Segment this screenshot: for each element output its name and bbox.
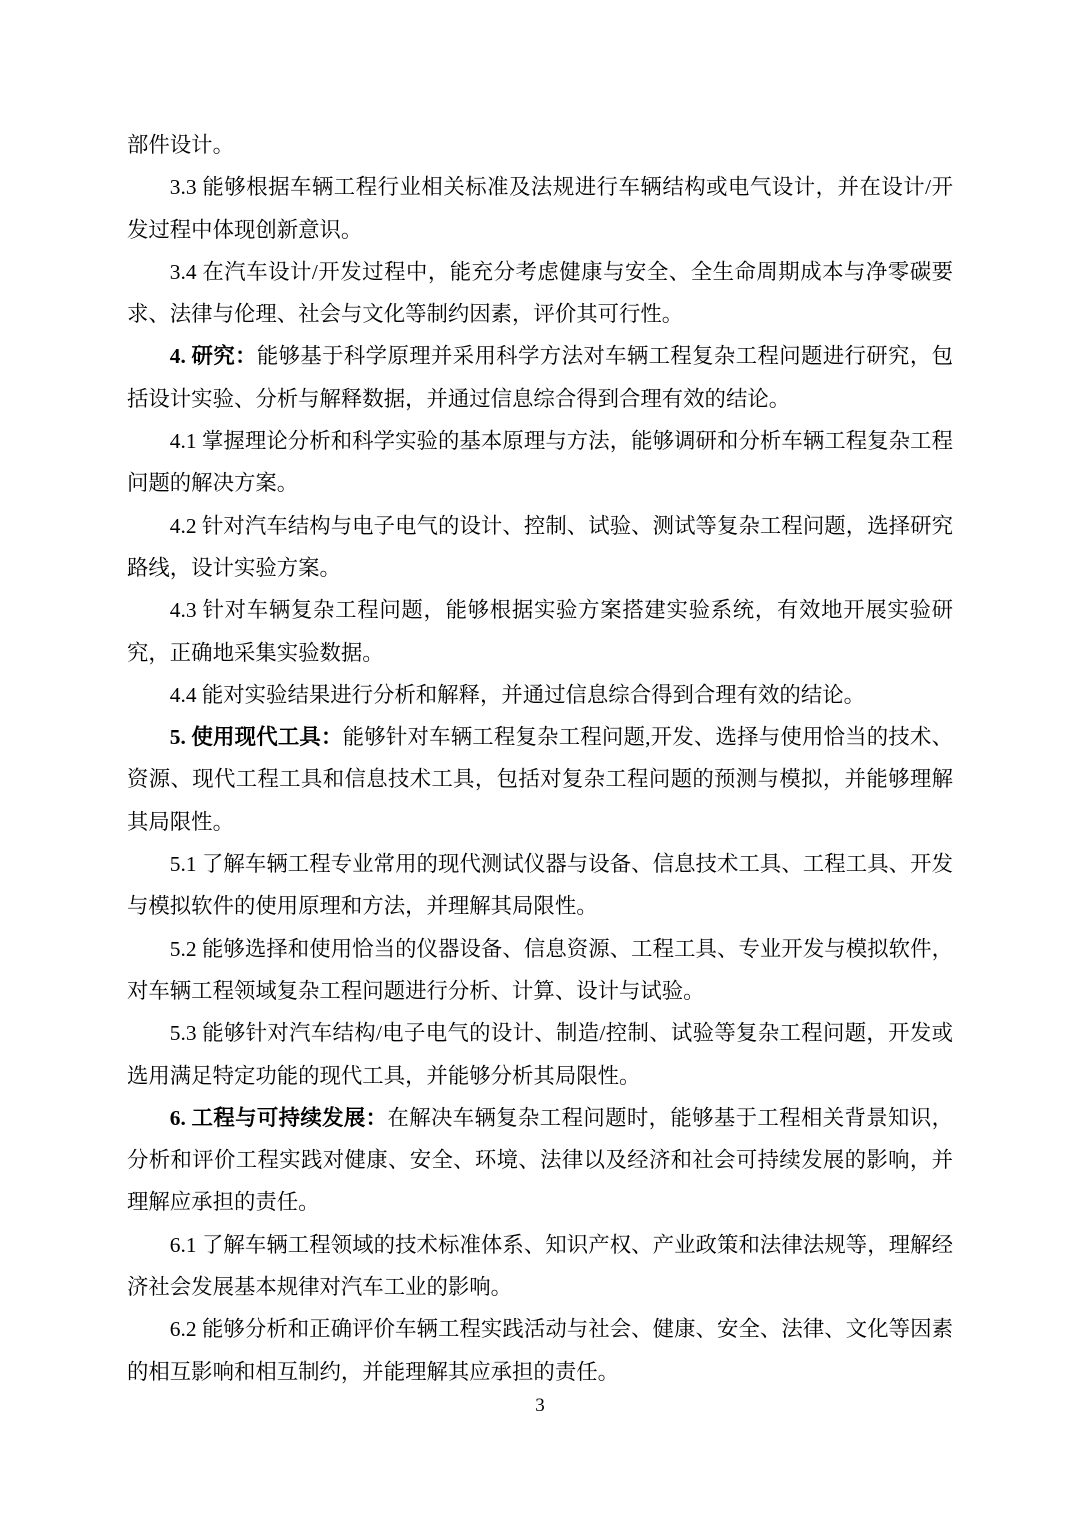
paragraph: 5.1 了解车辆工程专业常用的现代测试仪器与设备、信息技术工具、工程工具、开发与…: [127, 843, 953, 928]
paragraph: 6.2 能够分析和正确评价车辆工程实践活动与社会、健康、安全、法律、文化等因素的…: [127, 1308, 953, 1393]
document-body: 部件设计。 3.3 能够根据车辆工程行业相关标准及法规进行车辆结构或电气设计，并…: [127, 124, 953, 1393]
paragraph-text: 4.2 针对汽车结构与电子电气的设计、控制、试验、测试等复杂工程问题，选择研究路…: [127, 514, 953, 580]
paragraph-text: 4.4 能对实验结果进行分析和解释，并通过信息综合得到合理有效的结论。: [170, 683, 865, 707]
paragraph: 6. 工程与可持续发展：在解决车辆复杂工程问题时，能够基于工程相关背景知识，分析…: [127, 1097, 953, 1224]
paragraph: 4.2 针对汽车结构与电子电气的设计、控制、试验、测试等复杂工程问题，选择研究路…: [127, 505, 953, 590]
paragraph-text: 6.2 能够分析和正确评价车辆工程实践活动与社会、健康、安全、法律、文化等因素的…: [127, 1317, 953, 1383]
section-heading: 4. 研究：: [170, 344, 257, 368]
paragraph: 部件设计。: [127, 124, 953, 166]
paragraph: 4. 研究：能够基于科学原理并采用科学方法对车辆工程复杂工程问题进行研究，包括设…: [127, 335, 953, 420]
section-heading: 5. 使用现代工具：: [170, 725, 343, 749]
paragraph-text: 5.1 了解车辆工程专业常用的现代测试仪器与设备、信息技术工具、工程工具、开发与…: [127, 852, 953, 918]
paragraph: 3.3 能够根据车辆工程行业相关标准及法规进行车辆结构或电气设计，并在设计/开发…: [127, 166, 953, 251]
paragraph: 5. 使用现代工具：能够针对车辆工程复杂工程问题,开发、选择与使用恰当的技术、资…: [127, 716, 953, 843]
paragraph: 6.1 了解车辆工程领域的技术标准体系、知识产权、产业政策和法律法规等，理解经济…: [127, 1224, 953, 1309]
document-page: 部件设计。 3.3 能够根据车辆工程行业相关标准及法规进行车辆结构或电气设计，并…: [0, 0, 1080, 1517]
paragraph-text: 4.1 掌握理论分析和科学实验的基本原理与方法，能够调研和分析车辆工程复杂工程问…: [127, 429, 953, 495]
paragraph-text: 5.2 能够选择和使用恰当的仪器设备、信息资源、工程工具、专业开发与模拟软件，对…: [127, 937, 953, 1003]
paragraph-text: 5.3 能够针对汽车结构/电子电气的设计、制造/控制、试验等复杂工程问题，开发或…: [127, 1021, 953, 1087]
paragraph: 4.1 掌握理论分析和科学实验的基本原理与方法，能够调研和分析车辆工程复杂工程问…: [127, 420, 953, 505]
page-number: 3: [0, 1392, 1080, 1420]
paragraph: 5.3 能够针对汽车结构/电子电气的设计、制造/控制、试验等复杂工程问题，开发或…: [127, 1012, 953, 1097]
paragraph: 4.4 能对实验结果进行分析和解释，并通过信息综合得到合理有效的结论。: [127, 674, 953, 716]
paragraph-text: 4.3 针对车辆复杂工程问题，能够根据实验方案搭建实验系统，有效地开展实验研究，…: [127, 598, 953, 664]
paragraph-text: 部件设计。: [127, 133, 234, 157]
paragraph-text: 6.1 了解车辆工程领域的技术标准体系、知识产权、产业政策和法律法规等，理解经济…: [127, 1233, 953, 1299]
paragraph: 5.2 能够选择和使用恰当的仪器设备、信息资源、工程工具、专业开发与模拟软件，对…: [127, 928, 953, 1013]
section-heading: 6. 工程与可持续发展：: [170, 1106, 388, 1130]
paragraph-text: 3.4 在汽车设计/开发过程中，能充分考虑健康与安全、全生命周期成本与净零碳要求…: [127, 260, 953, 326]
paragraph: 4.3 针对车辆复杂工程问题，能够根据实验方案搭建实验系统，有效地开展实验研究，…: [127, 589, 953, 674]
paragraph: 3.4 在汽车设计/开发过程中，能充分考虑健康与安全、全生命周期成本与净零碳要求…: [127, 251, 953, 336]
paragraph-text: 3.3 能够根据车辆工程行业相关标准及法规进行车辆结构或电气设计，并在设计/开发…: [127, 175, 953, 241]
